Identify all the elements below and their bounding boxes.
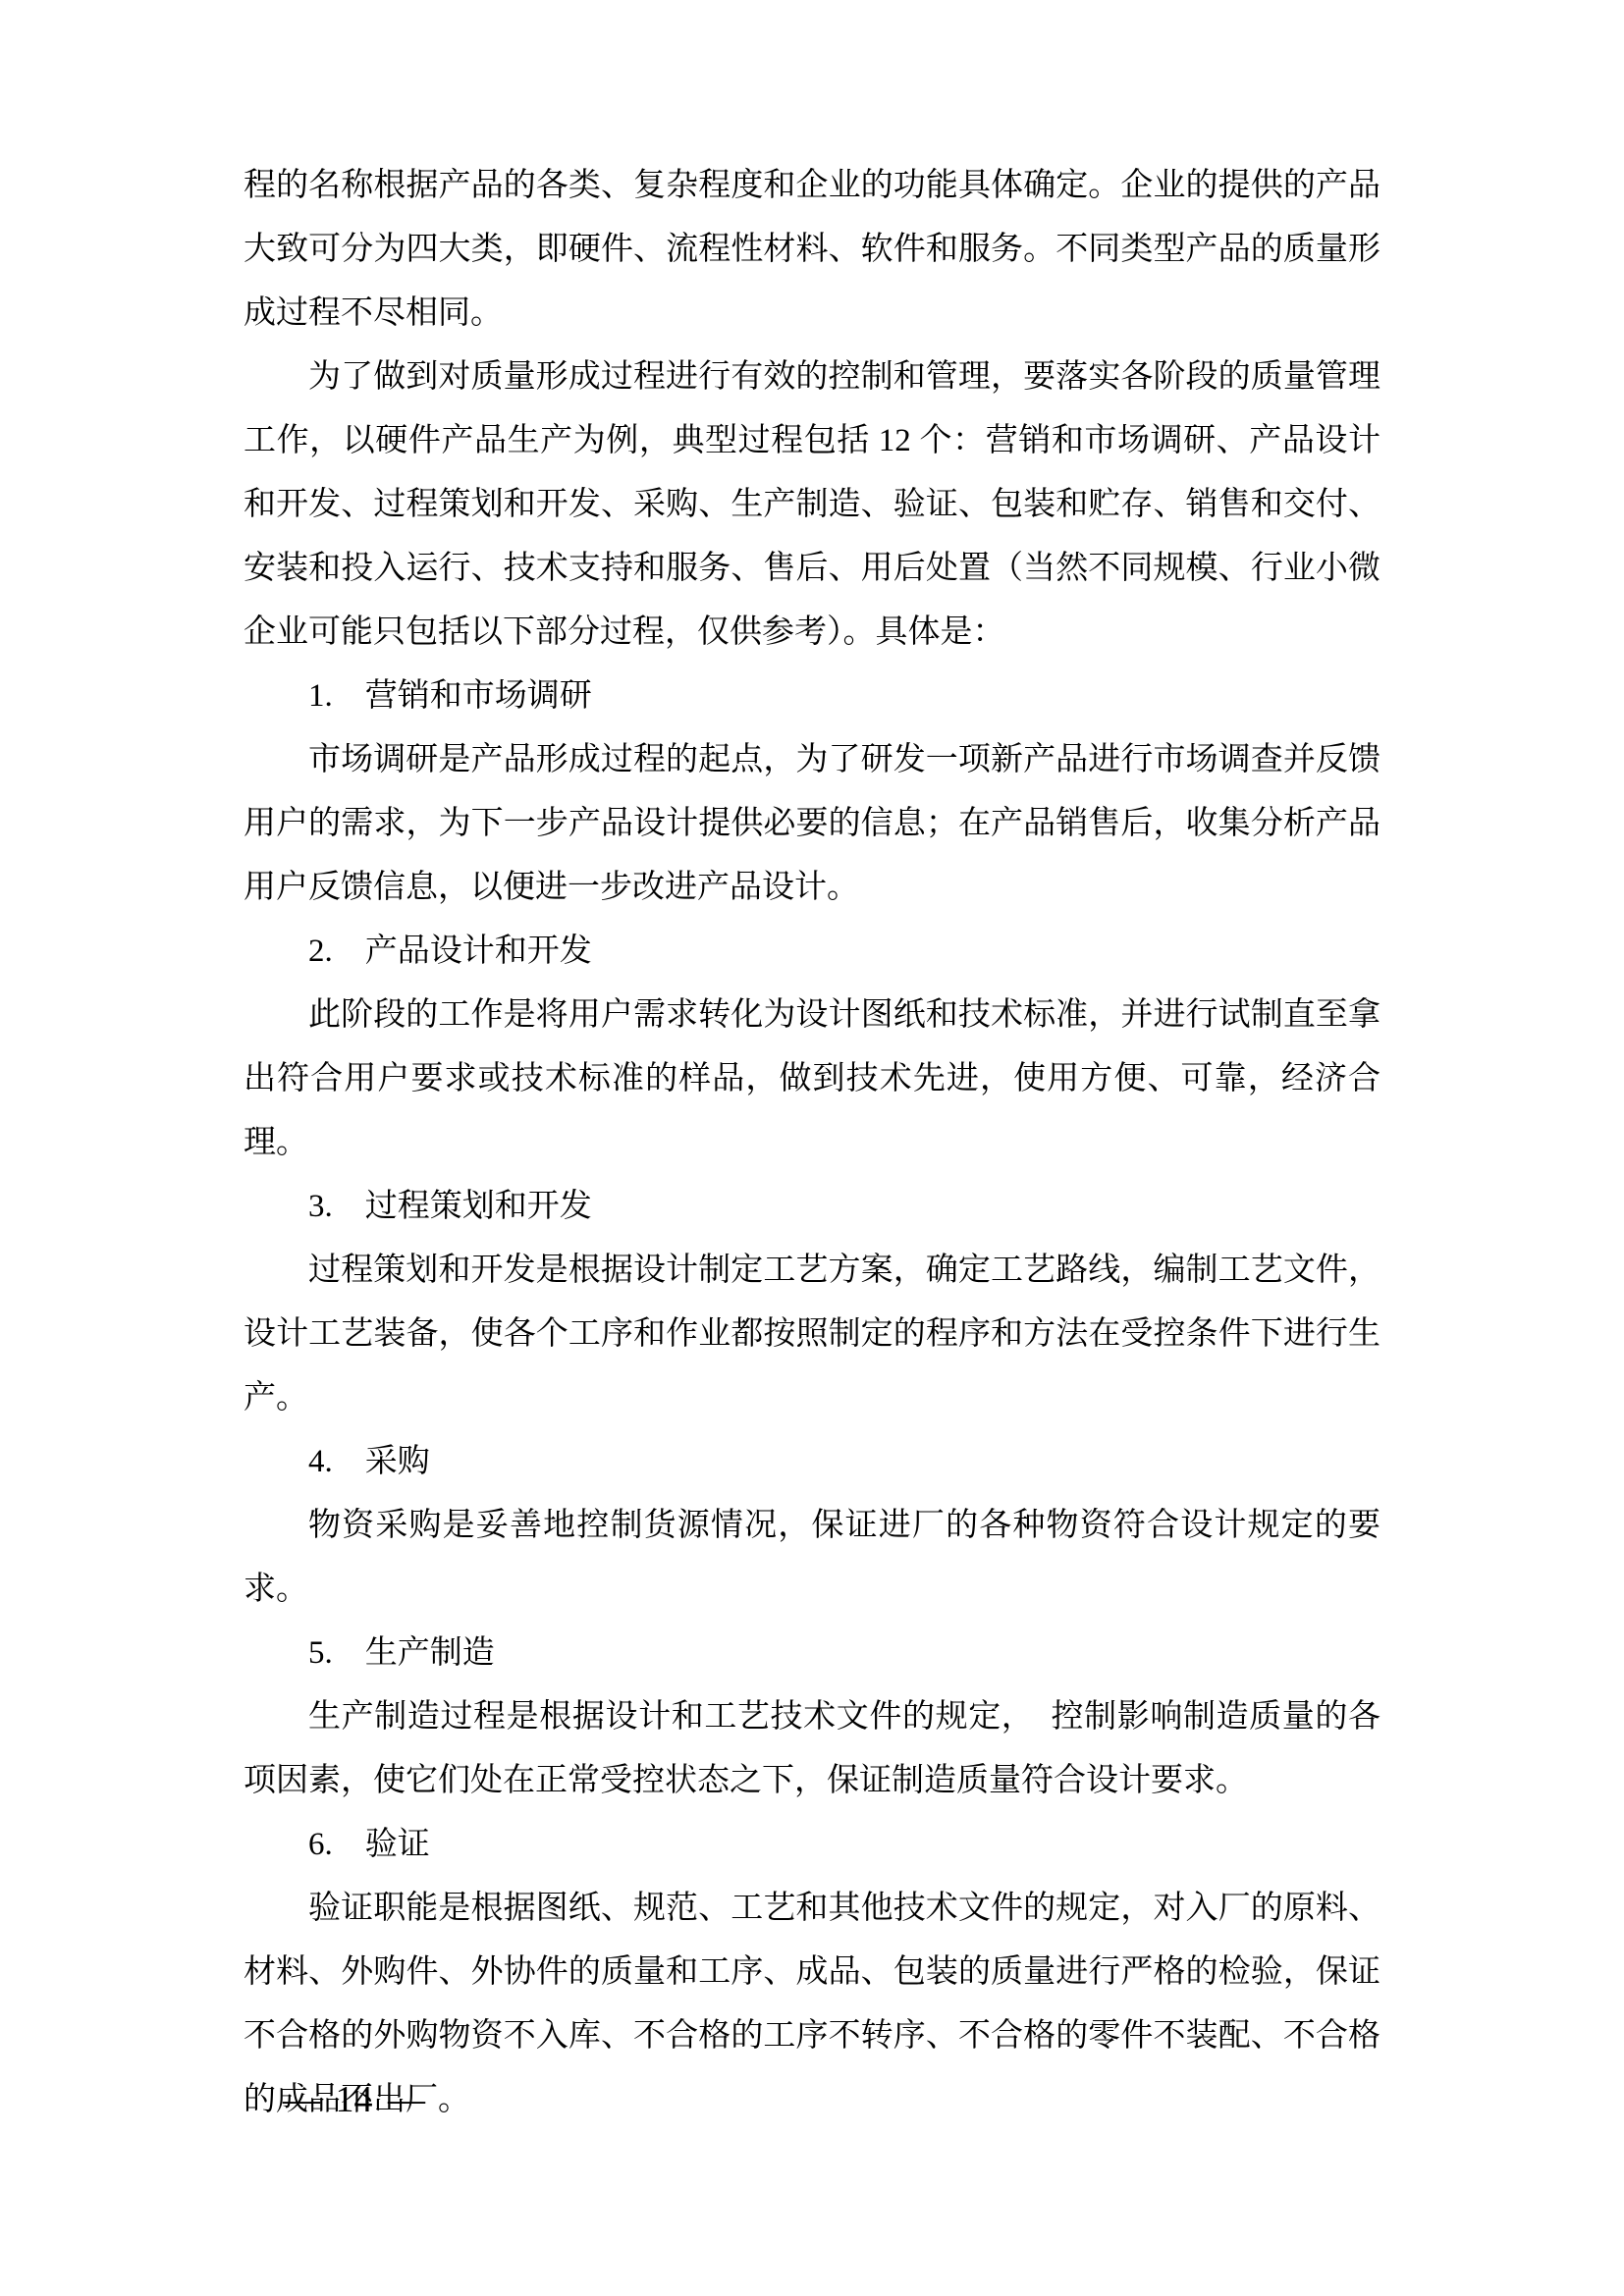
section-heading-6: 6. 验证 <box>244 1813 1380 1877</box>
paragraph: 过程策划和开发是根据设计制定工艺方案，确定工艺路线，编制工艺文件，设计工艺装备，… <box>244 1239 1380 1430</box>
section-heading-2: 2. 产品设计和开发 <box>244 920 1380 984</box>
section-heading-1: 1. 营销和市场调研 <box>244 665 1380 728</box>
paragraph: 生产制造过程是根据设计和工艺技术文件的规定， 控制影响制造质量的各项因素，使它们… <box>244 1685 1380 1813</box>
section-heading-5: 5. 生产制造 <box>244 1622 1380 1685</box>
page-body-text: 程的名称根据产品的各类、复杂程度和企业的功能具体确定。企业的提供的产品大致可分为… <box>244 154 1380 2132</box>
paragraph: 为了做到对质量形成过程进行有效的控制和管理，要落实各阶段的质量管理工作，以硬件产… <box>244 346 1380 665</box>
paragraph: 市场调研是产品形成过程的起点，为了研发一项新产品进行市场调查并反馈用户的需求，为… <box>244 728 1380 920</box>
paragraph: 此阶段的工作是将用户需求转化为设计图纸和技术标准，并进行试制直至拿出符合用户要求… <box>244 984 1380 1175</box>
document-page: 程的名称根据产品的各类、复杂程度和企业的功能具体确定。企业的提供的产品大致可分为… <box>0 0 1624 2296</box>
section-heading-4: 4. 采购 <box>244 1430 1380 1494</box>
paragraph-continuation: 程的名称根据产品的各类、复杂程度和企业的功能具体确定。企业的提供的产品大致可分为… <box>244 154 1380 346</box>
paragraph: 物资采购是妥善地控制货源情况，保证进厂的各种物资符合设计规定的要求。 <box>244 1494 1380 1622</box>
section-heading-3: 3. 过程策划和开发 <box>244 1175 1380 1239</box>
page-number: — 14 — <box>283 2077 425 2122</box>
